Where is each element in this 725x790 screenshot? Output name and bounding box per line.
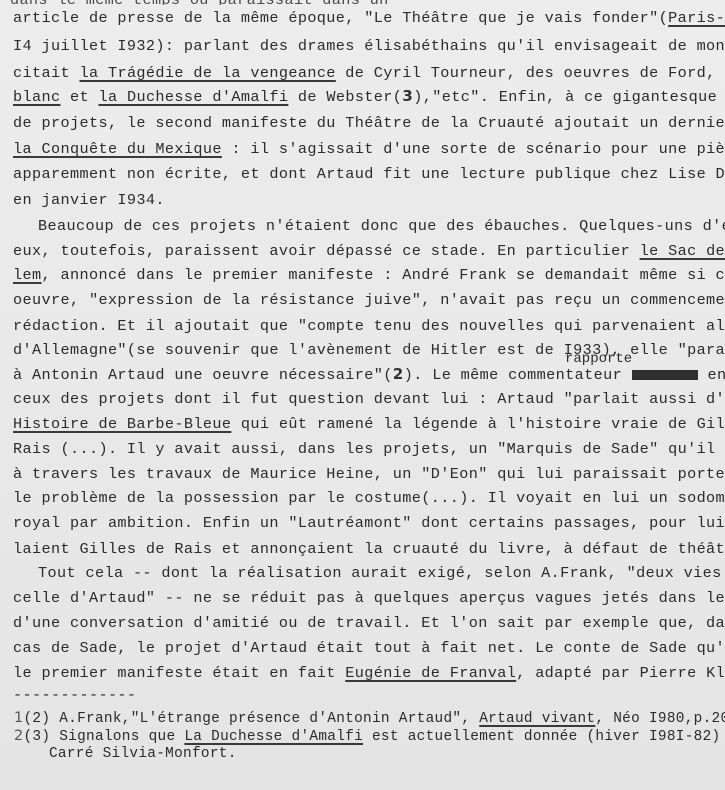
text-line: la Conquête du Mexique : il s'agissait d… bbox=[13, 139, 725, 159]
struck-out-word: xxxxxxx bbox=[632, 370, 698, 380]
text-line: d'une conversation d'amitié ou de travai… bbox=[13, 613, 725, 633]
handwritten-footnote-ref: 2 bbox=[393, 365, 404, 383]
text-line: celle d'Artaud" -- ne se réduit pas à qu… bbox=[13, 588, 725, 608]
title-conquete-mexique: la Conquête du Mexique bbox=[13, 140, 222, 158]
text-line: rédaction. Et il ajoutait que "compte te… bbox=[13, 316, 725, 336]
text-line: I4 juillet I932): parlant des drames éli… bbox=[13, 36, 725, 56]
title-tragedie-vengeance: la Trágédie de la vengeance bbox=[79, 64, 335, 82]
text-line: blanc et la Duchesse d'Amalfi de Webster… bbox=[13, 86, 725, 107]
title-sac-jerusalem: le Sac de Jérusa- bbox=[640, 242, 725, 260]
cropped-top-line: dans le même temps où paraissait dans un bbox=[10, 0, 610, 5]
text-line: à Antonin Artaud une oeuvre nécessaire"(… bbox=[13, 364, 725, 385]
title-artaud-vivant: Artaud vivant bbox=[479, 711, 595, 727]
handwritten-footnote-ref: 3 bbox=[402, 87, 413, 105]
text-line: Tout cela -- dont la réalisation aurait … bbox=[38, 563, 725, 583]
text-line: le premier manifeste était en fait Eugén… bbox=[13, 663, 725, 683]
text-line: lem, annoncé dans le premier manifeste :… bbox=[13, 265, 725, 285]
text-line: le problème de la possession par le cost… bbox=[13, 488, 725, 508]
text-line: en janvier I934. bbox=[13, 190, 165, 210]
text-line: citait la Trágédie de la vengeance de Cy… bbox=[13, 63, 725, 83]
text-line: article de presse de la même époque, "Le… bbox=[13, 8, 725, 28]
text-line: royal par ambition. Enfin un "Lautréamon… bbox=[13, 513, 725, 533]
text-line: oeuvre, "expression de la résistance jui… bbox=[13, 290, 725, 310]
text-line: Rais (...). Il y avait aussi, dans les p… bbox=[13, 439, 725, 459]
text-line: eux, toutefois, paraissent avoir dépassé… bbox=[13, 241, 725, 261]
title-barbe-bleue: Histoire de Barbe-Bleue bbox=[13, 415, 231, 433]
title-duchesse-amalfi-footnote: La Duchesse d'Amalfi bbox=[184, 729, 363, 745]
text-line: à travers les travaux de Maurice Heine, … bbox=[13, 464, 725, 484]
footnote-2: 2(3) Signalons que La Duchesse d'Amalfi … bbox=[14, 727, 725, 746]
typewritten-page: dans le même temps où paraissait dans un… bbox=[0, 0, 725, 790]
text-line: apparemment non écrite, et dont Artaud f… bbox=[13, 164, 725, 184]
citation-paris-soir: Paris-Soir bbox=[668, 9, 725, 27]
text-line: Beaucoup de ces projets n'étaient donc q… bbox=[38, 216, 725, 236]
text-line: ceux des projets dont il fut question de… bbox=[13, 389, 725, 409]
title-duchesse-amalfi: la Duchesse d'Amalfi bbox=[98, 88, 288, 106]
text-line: cas de Sade, le projet d'Artaud était to… bbox=[13, 638, 725, 658]
footnote-1: 1(2) A.Frank,"L'étrange présence d'Anton… bbox=[14, 709, 725, 728]
footnote-separator: ------------- bbox=[13, 685, 136, 705]
title-eugenie-franval: Eugénie de Franval bbox=[345, 664, 516, 682]
text-line: Histoire de Barbe-Bleue qui eût ramené l… bbox=[13, 414, 725, 434]
text-line: laient Gilles de Rais et annonçaient la … bbox=[13, 538, 725, 559]
text-line: de projets, le second manifeste du Théât… bbox=[13, 113, 725, 133]
footnote-2-continuation: Carré Silvia-Monfort. bbox=[49, 745, 237, 763]
